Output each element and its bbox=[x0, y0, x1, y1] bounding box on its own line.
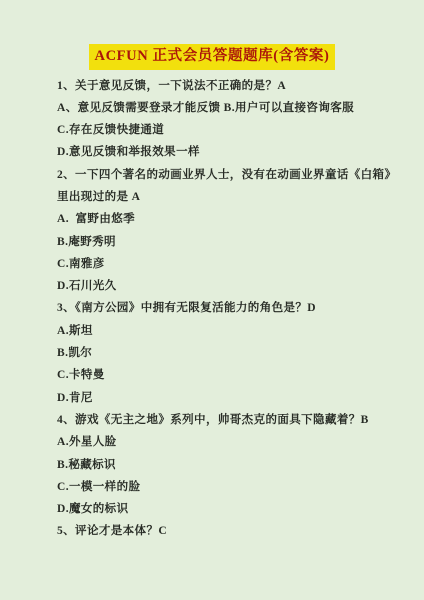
document-title: ACFUN 正式会员答题题库(含答案) bbox=[89, 44, 336, 70]
question-2-option-d: D.石川光久 bbox=[57, 275, 424, 297]
question-1-option-d: D.意见反馈和举报效果一样 bbox=[57, 141, 424, 163]
question-1-option-c: C.存在反馈快捷通道 bbox=[57, 119, 424, 141]
question-4-option-a: A.外星人脸 bbox=[57, 431, 424, 453]
question-3-option-a: A.斯坦 bbox=[57, 320, 424, 342]
quiz-document-page: ACFUN 正式会员答题题库(含答案) 1、关于意见反馈，一下说法不正确的是？A… bbox=[0, 0, 424, 600]
question-1-option-ab: A、意见反馈需要登录才能反馈 B.用户可以直接咨询客服 bbox=[57, 97, 424, 119]
question-4-option-d: D.魔女的标识 bbox=[57, 498, 424, 520]
question-3-option-d: D.肯尼 bbox=[57, 387, 424, 409]
question-2-option-b: B.庵野秀明 bbox=[57, 231, 424, 253]
question-4-text: 4、游戏《无主之地》系列中，帅哥杰克的面具下隐藏着？B bbox=[57, 409, 424, 431]
question-4-option-c: C.一模一样的脸 bbox=[57, 476, 424, 498]
question-3-option-b: B.凯尔 bbox=[57, 342, 424, 364]
question-2-option-a: A. 富野由悠季 bbox=[57, 208, 424, 230]
question-2-text-line2: 里出现过的是 A bbox=[57, 186, 424, 208]
question-2-option-c: C.南雅彦 bbox=[57, 253, 424, 275]
question-2-text-line1: 2、一下四个著名的动画业界人士，没有在动画业界童话《白箱》 bbox=[57, 164, 424, 186]
title-row: ACFUN 正式会员答题题库(含答案) bbox=[0, 0, 424, 70]
question-5-text: 5、评论才是本体？C bbox=[57, 520, 424, 542]
document-body: 1、关于意见反馈，一下说法不正确的是？A A、意见反馈需要登录才能反馈 B.用户… bbox=[57, 75, 424, 543]
question-3-option-c: C.卡特曼 bbox=[57, 364, 424, 386]
question-3-text: 3、《南方公园》中拥有无限复活能力的角色是？D bbox=[57, 297, 424, 319]
question-1-text: 1、关于意见反馈，一下说法不正确的是？A bbox=[57, 75, 424, 97]
question-4-option-b: B.秘藏标识 bbox=[57, 454, 424, 476]
